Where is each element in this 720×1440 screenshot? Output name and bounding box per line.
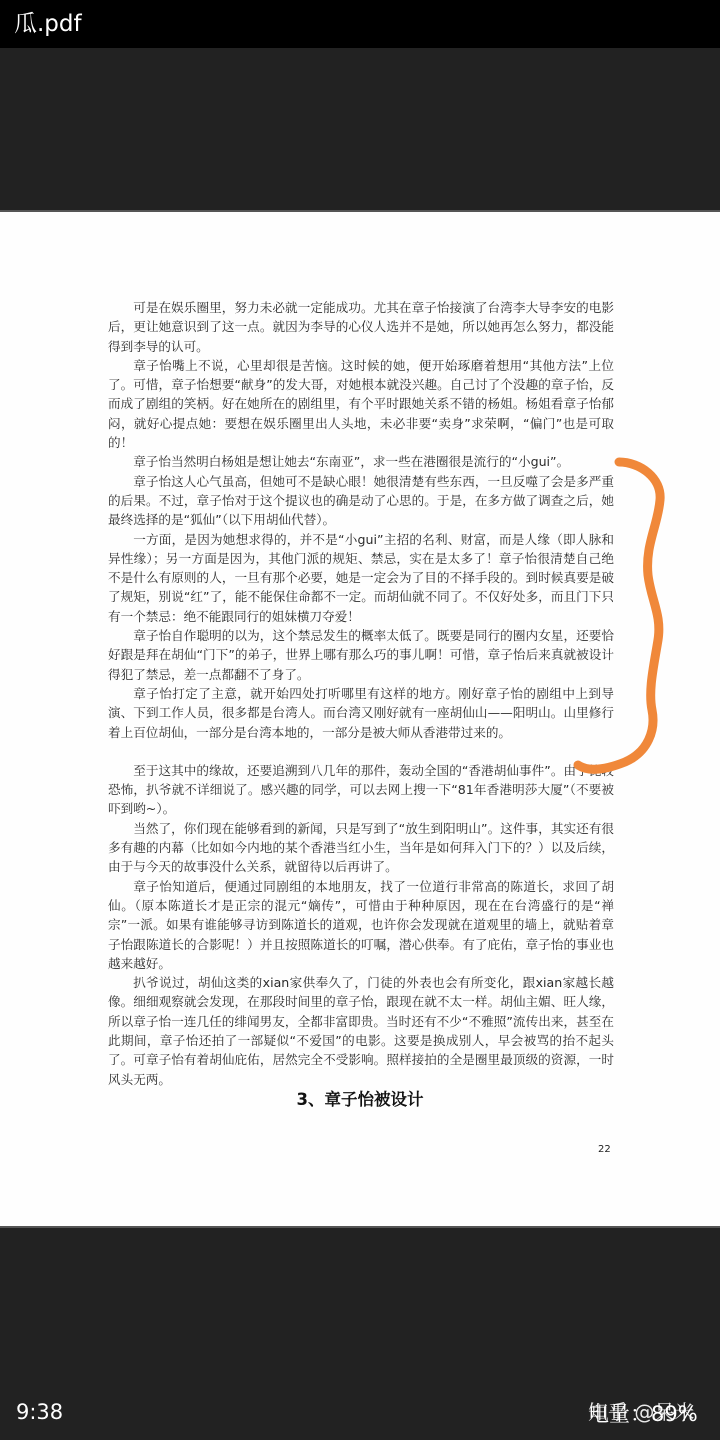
page-body: 可是在娱乐圈里，努力未必就一定能成功。尤其在章子怡接演了台湾李大导李安的电影后，…	[108, 298, 614, 1089]
paragraph: 章子怡嘴上不说，心里却很是苦恼。这时候的她，便开始琢磨着想用“其他方法”上位了。…	[108, 356, 614, 452]
paragraph: 至于这其中的缘故，还要追溯到八几年的那件，轰动全国的“香港胡仙事件”。由于比较恐…	[108, 761, 614, 819]
document-title: 瓜.pdf	[14, 8, 82, 40]
paragraph: 章子怡当然明白杨姐是想让她去“东南亚”，求一些在港圈很是流行的“小gui”。	[108, 452, 614, 471]
app-title-bar: 瓜.pdf	[0, 0, 720, 48]
paragraph: 章子怡这人心气虽高，但她可不是缺心眼！她很清楚有些东西，一旦反噬了会是多严重的后…	[108, 472, 614, 530]
paragraph: 章子怡知道后，便通过同剧组的本地朋友，找了一位道行非常高的陈道长，求回了胡仙。（…	[108, 877, 614, 973]
status-time: 9:38	[16, 1400, 63, 1424]
page-number: 22	[598, 1144, 611, 1155]
paragraph: 当然了，你们现在能够看到的新闻，只是写到了“放生到阳明山”。这件事，其实还有很多…	[108, 819, 614, 877]
paragraph: 章子怡自作聪明的以为，这个禁忌发生的概率太低了。既要是同行的圈内女星，还要恰好跟…	[108, 626, 614, 684]
paragraph: 扒爷说过，胡仙这类的xian家供奉久了，门徒的外表也会有所变化，跟xian家越长…	[108, 973, 614, 1089]
section-heading: 3、章子怡被设计	[0, 1086, 720, 1110]
pdf-page[interactable]: 可是在娱乐圈里，努力未必就一定能成功。尤其在章子怡接演了台湾李大导李安的电影后，…	[0, 210, 720, 1228]
paragraph: 章子怡打定了主意，就开始四处打听哪里有这样的地方。刚好章子怡的剧组中上到导演、下…	[108, 684, 614, 742]
watermark: 知乎 @呆米	[588, 1396, 694, 1425]
paragraph: 一方面，是因为她想求得的，并不是“小gui”主招的名利、财富，而是人缘（即人脉和…	[108, 530, 614, 626]
paragraph: 可是在娱乐圈里，努力未必就一定能成功。尤其在章子怡接演了台湾李大导李安的电影后，…	[108, 298, 614, 356]
